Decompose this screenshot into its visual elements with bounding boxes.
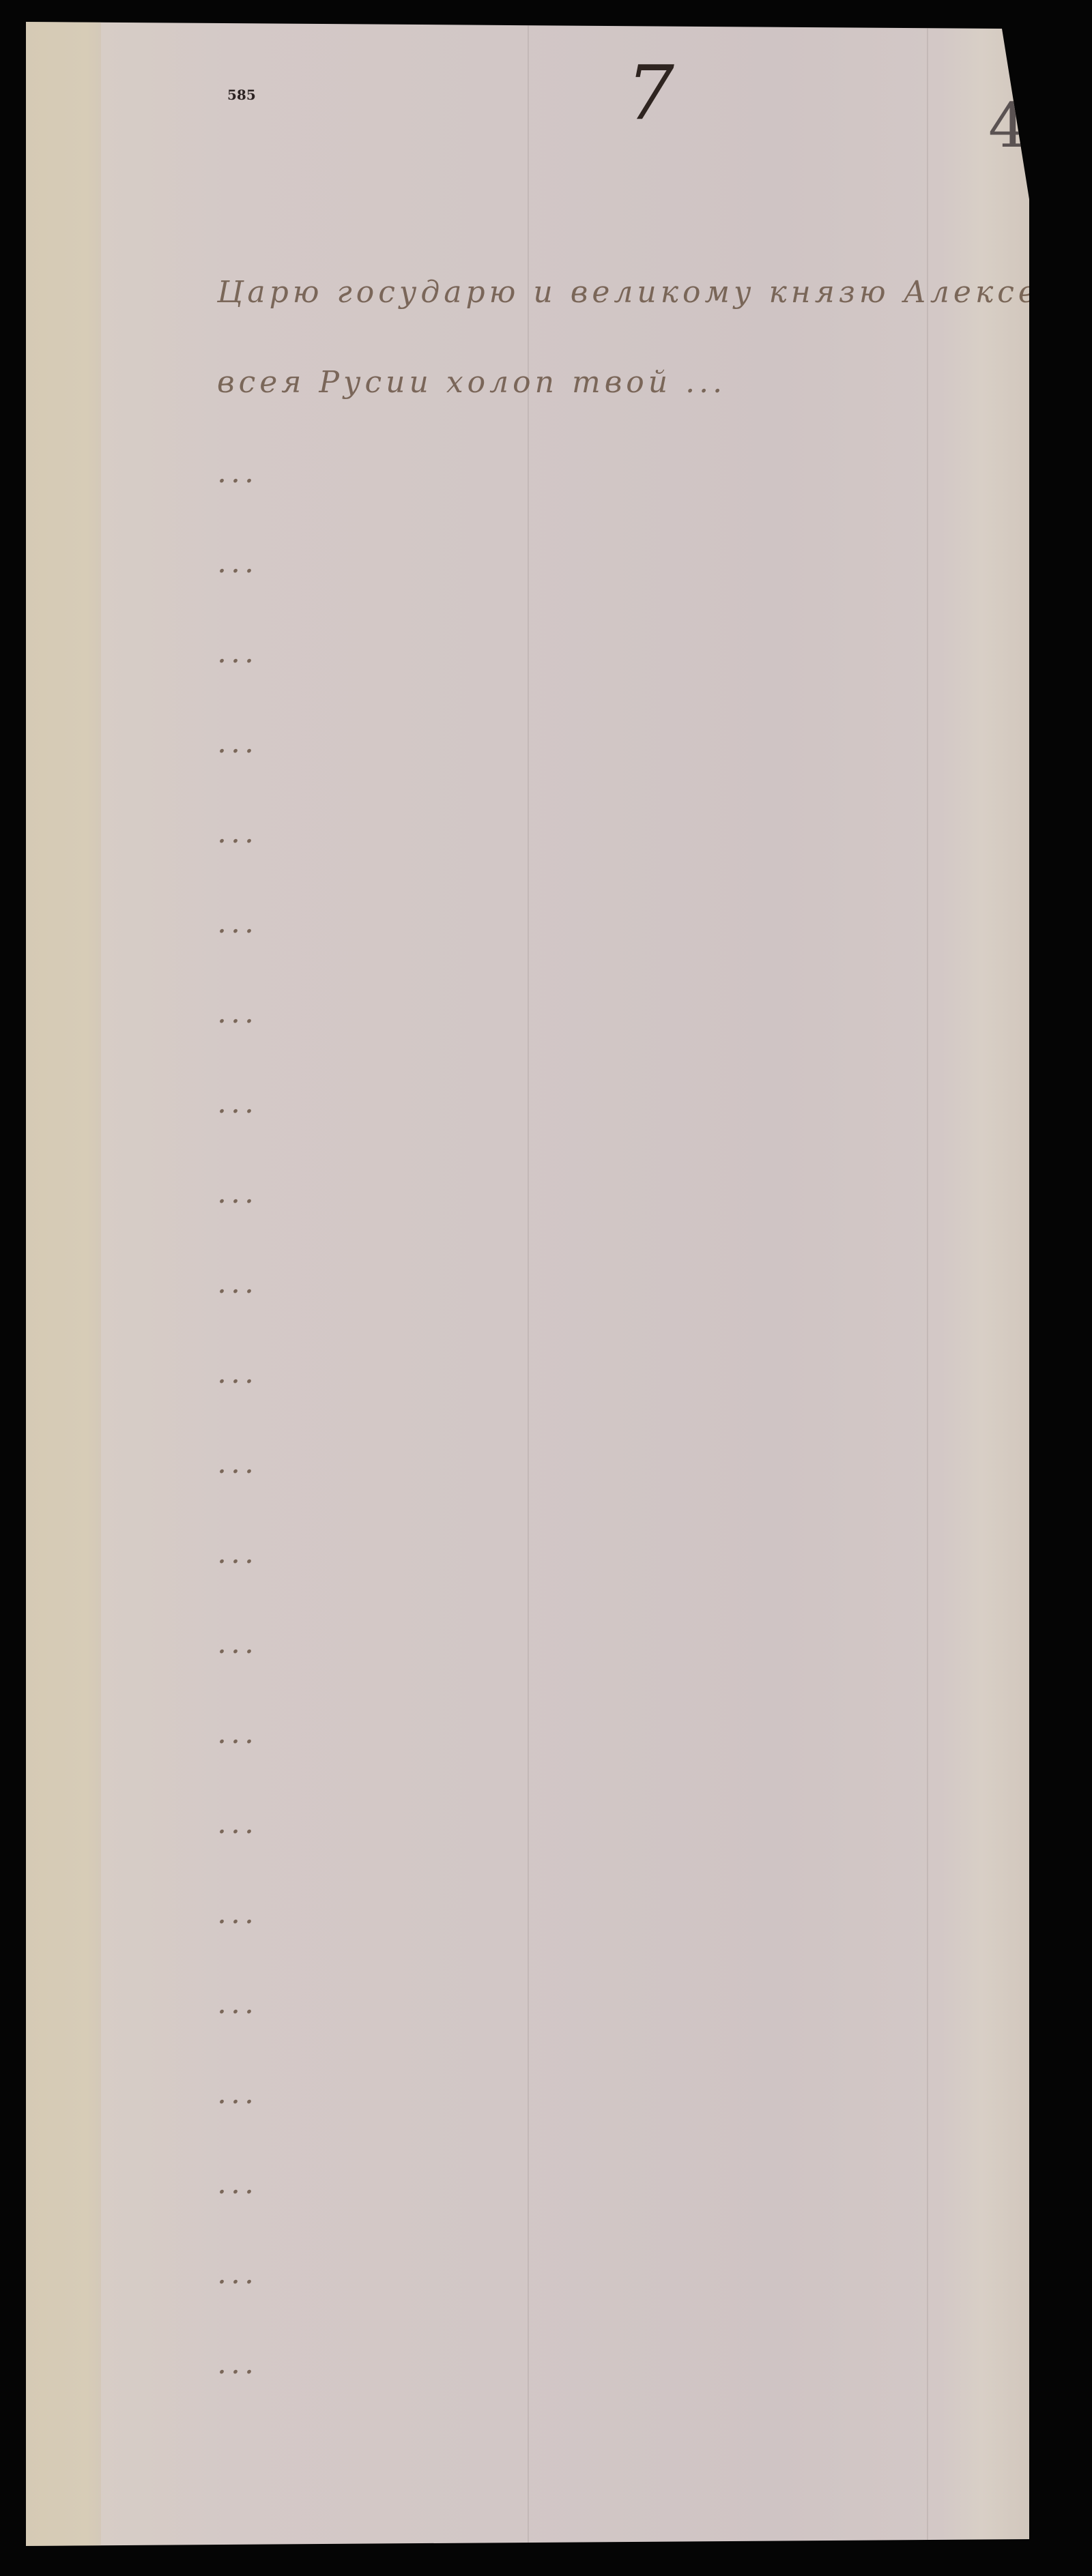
text-line: ... bbox=[217, 607, 1009, 697]
folio-number: 7 bbox=[627, 49, 674, 136]
text-line: всея Русии холоп твой ... bbox=[217, 337, 1009, 427]
text-line: ... bbox=[217, 2048, 1009, 2138]
text-line: ... bbox=[217, 1868, 1009, 1958]
text-line: ... bbox=[217, 1418, 1009, 1508]
text-line: ... bbox=[217, 1598, 1009, 1688]
text-line: ... bbox=[217, 1508, 1009, 1598]
text-line: ... bbox=[217, 787, 1009, 877]
paper-margin-strip bbox=[26, 22, 101, 2546]
text-line: ... bbox=[217, 1328, 1009, 1418]
text-line: ... bbox=[217, 1147, 1009, 1238]
text-line: ... bbox=[217, 517, 1009, 607]
text-line: ... bbox=[217, 1688, 1009, 1778]
text-line: ... bbox=[217, 697, 1009, 787]
manuscript-page: 585 7 4 Царю государю и великому князю А… bbox=[26, 22, 1029, 2546]
manuscript-text: Царю государю и великому князю Алексею М… bbox=[217, 247, 1009, 2408]
text-line: ... bbox=[217, 1778, 1009, 1868]
text-line: ... bbox=[217, 2228, 1009, 2318]
text-line: ... bbox=[217, 2138, 1009, 2228]
text-line: ... bbox=[217, 967, 1009, 1057]
text-line: ... bbox=[217, 1057, 1009, 1147]
text-line: ... bbox=[217, 877, 1009, 967]
text-line: ... bbox=[217, 427, 1009, 517]
text-line: ... bbox=[217, 2318, 1009, 2408]
text-line: Царю государю и великому князю Алексею М… bbox=[217, 247, 1009, 337]
corner-mark: 4 bbox=[988, 90, 1027, 162]
archive-stamp: 585 bbox=[227, 87, 256, 103]
text-line: ... bbox=[217, 1238, 1009, 1328]
text-line: ... bbox=[217, 1958, 1009, 2048]
